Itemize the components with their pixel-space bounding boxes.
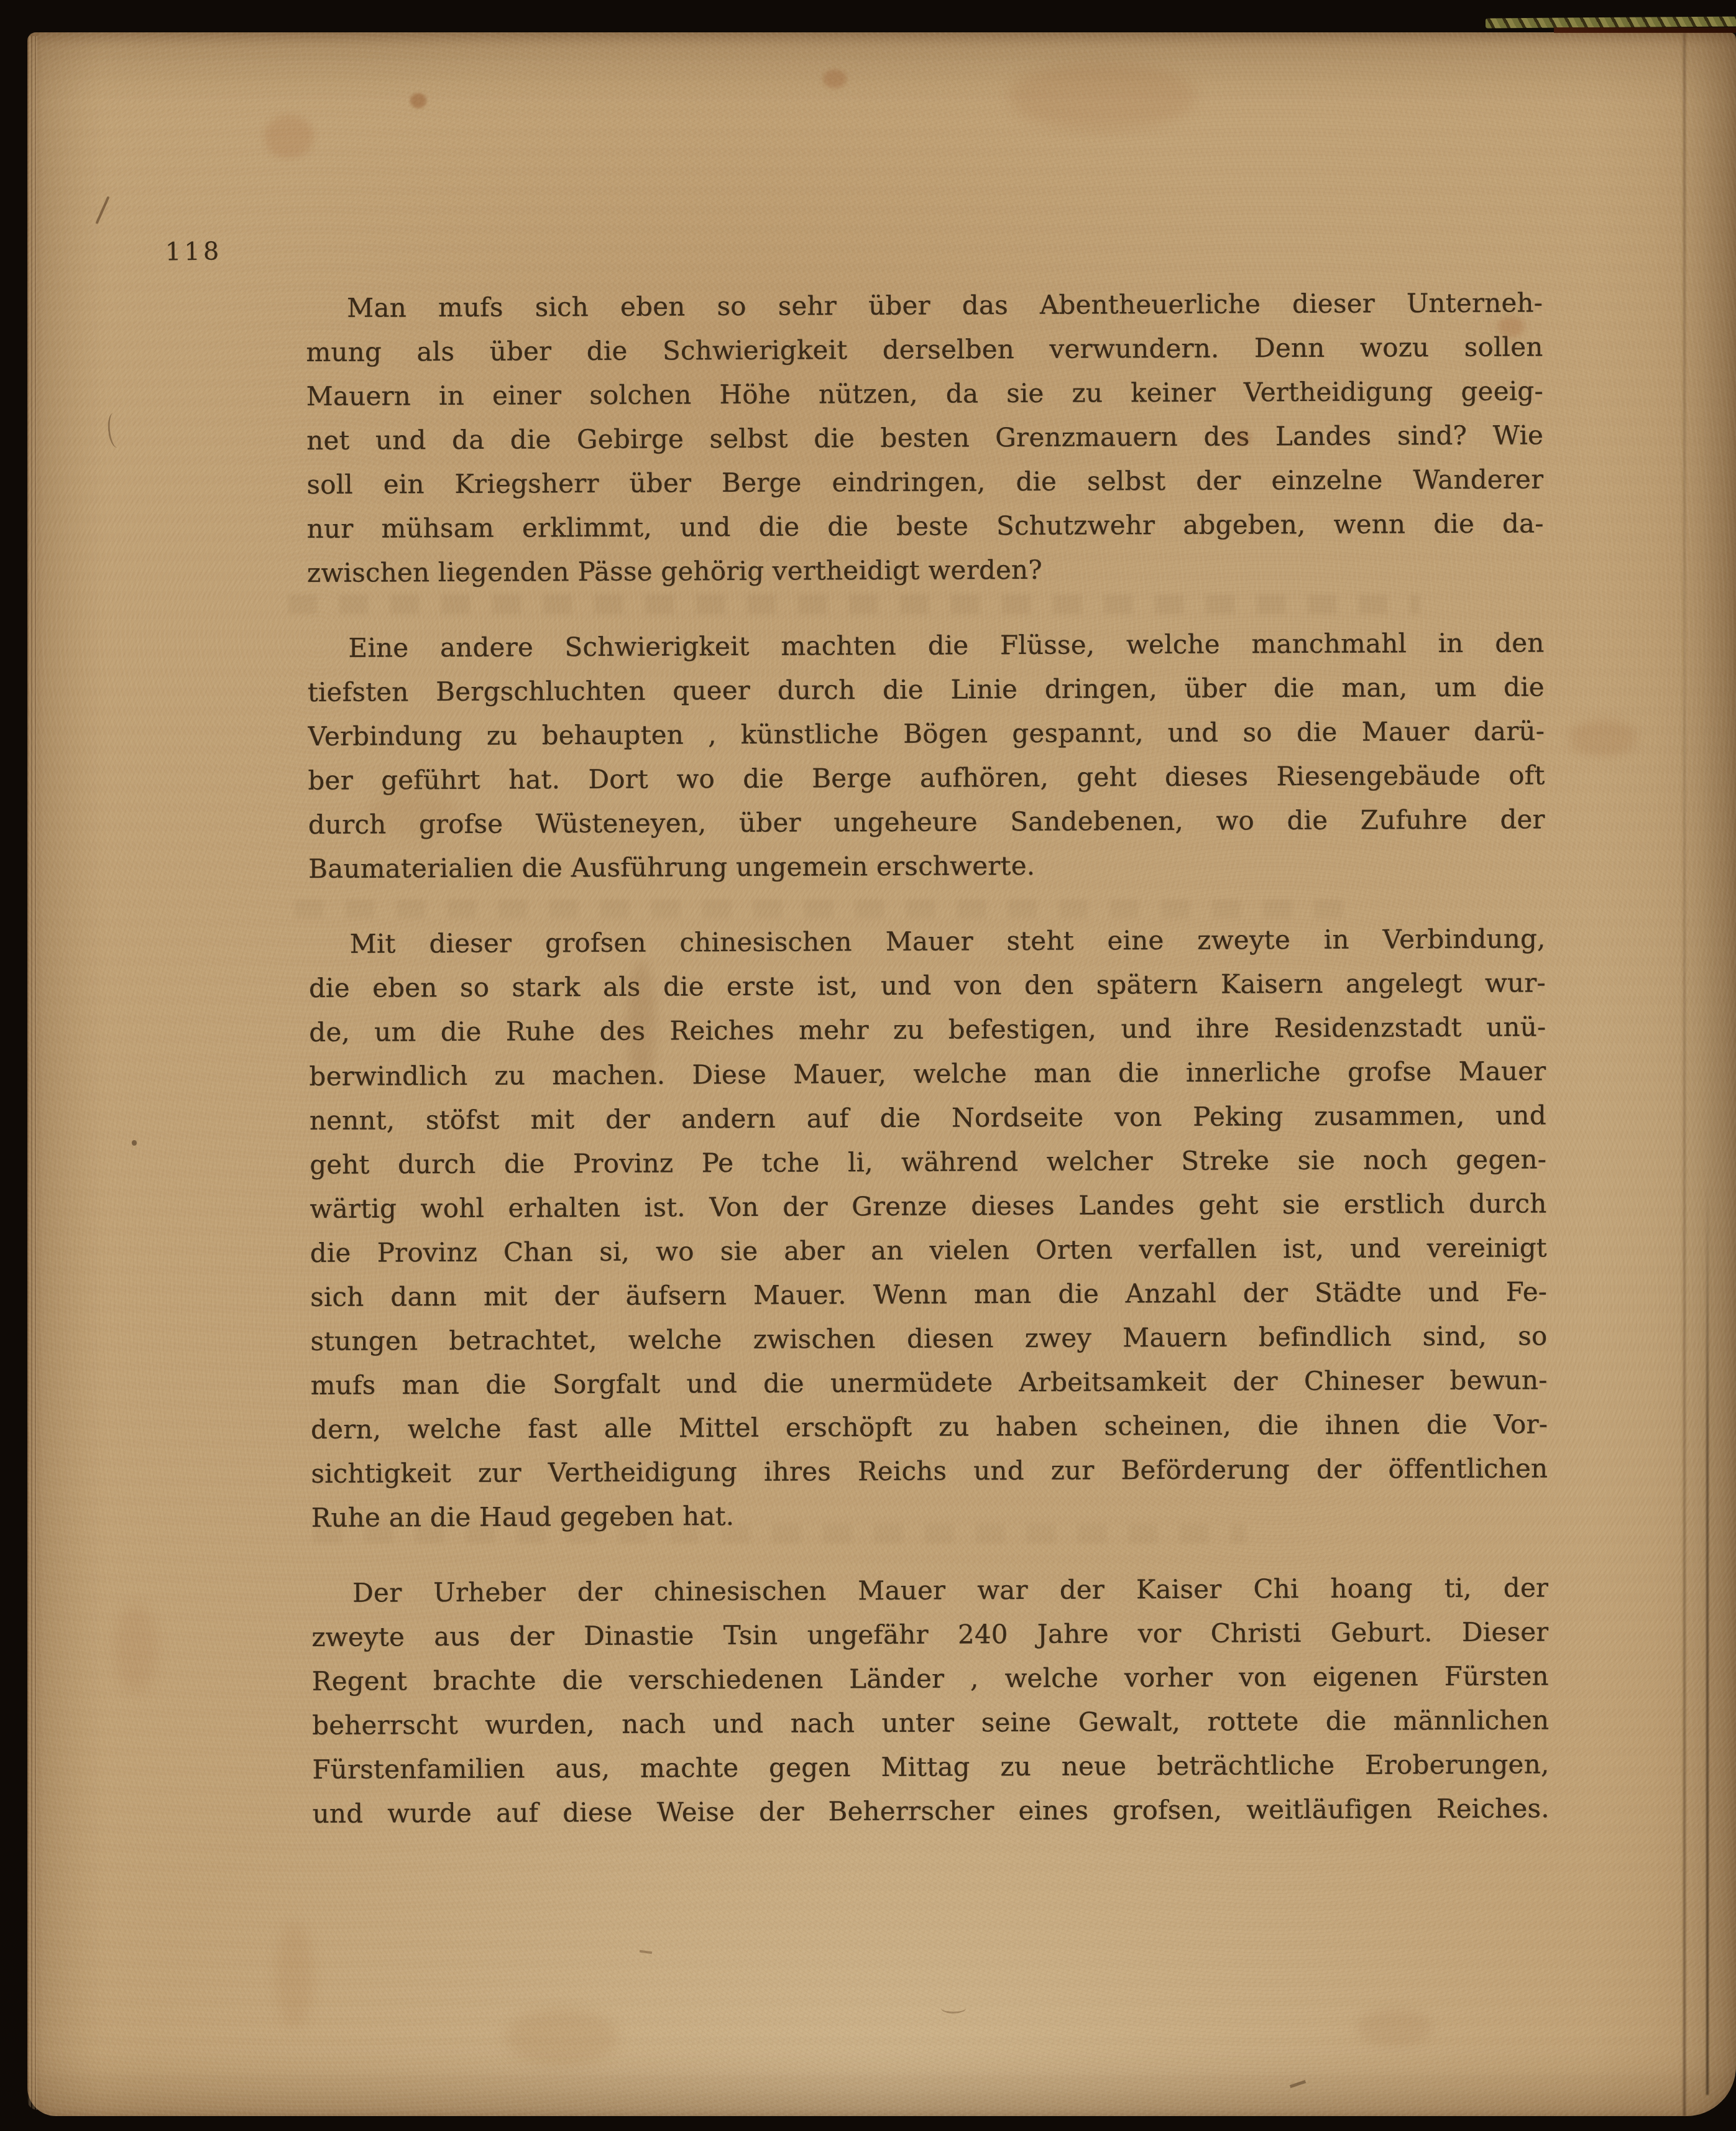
text-line: de, um die Ruhe des Reiches mehr zu befe… (309, 1005, 1546, 1054)
text-line: Regent brachte die verschiedenen Länder … (312, 1654, 1549, 1703)
margin-mark (941, 2003, 966, 2014)
stain (1357, 2009, 1432, 2046)
text-line: berwindlich zu machen. Diese Mauer, welc… (309, 1049, 1546, 1098)
text-line: die eben so stark als die erste ist, und… (309, 960, 1546, 1010)
text-line: nur mühsam erklimmt, und die die beste S… (307, 501, 1544, 551)
text-line: beherrscht wurden, nach und nach unter s… (312, 1698, 1549, 1747)
text-line: Man mufs sich eben so sehr über das Aben… (306, 280, 1543, 330)
text-line: Mit dieser grofsen chinesischen Mauer st… (308, 916, 1545, 966)
stain (114, 1605, 158, 1692)
page-edge-line (1706, 1179, 1709, 2096)
page-number: 118 (165, 237, 223, 267)
text-line: stungen betrachtet, welche zwischen dies… (310, 1314, 1547, 1363)
text-line: Verbindung zu behaupten , künstliche Bög… (308, 709, 1545, 758)
text-line: wärtig wohl erhalten ist. Von der Grenze… (310, 1181, 1546, 1231)
margin-mark (106, 412, 124, 448)
margin-mark (640, 1950, 652, 1954)
text-line: Ruhe an die Haud gegeben hat. (311, 1490, 1548, 1540)
book-page: 118 Man mufs sich eben so sehr über das … (27, 32, 1736, 2116)
paragraph: Man mufs sich eben so sehr über das Aben… (306, 280, 1544, 595)
text-line: dern, welche fast alle Mittel erschöpft … (311, 1402, 1548, 1452)
text-line: durch grofse Wüsteneyen, über ungeheure … (308, 797, 1545, 847)
paragraph: Mit dieser grofsen chinesischen Mauer st… (308, 916, 1548, 1540)
paragraph: Der Urheber der chinesischen Mauer war d… (311, 1565, 1550, 1836)
text-line: Fürstenfamilien aus, machte gegen Mittag… (312, 1742, 1549, 1792)
text-block: Man mufs sich eben so sehr über das Aben… (306, 280, 1550, 1836)
stain (1569, 719, 1637, 757)
text-line: die Provinz Chan si, wo sie aber an viel… (310, 1225, 1547, 1275)
page-edge-stack (27, 36, 37, 2110)
margin-mark (132, 1140, 137, 1146)
text-line: mung als über die Schwierigkeit derselbe… (306, 324, 1543, 374)
text-line: tiefsten Bergschluchten queer durch die … (308, 665, 1545, 714)
text-line: Baumaterialien die Ausführung ungemein e… (308, 841, 1545, 891)
text-line: Eine andere Schwierigkeit machten die Fl… (307, 620, 1544, 670)
stain (410, 93, 426, 108)
text-line: soll ein Kriegsherr über Berge eindringe… (306, 457, 1543, 507)
stain (264, 115, 314, 159)
text-line: net und da die Gebirge selbst die besten… (306, 413, 1543, 463)
text-line: zwischen liegenden Pässe gehörig verthei… (307, 545, 1544, 595)
text-line: Der Urheber der chinesischen Mauer war d… (311, 1565, 1548, 1615)
stain (1009, 62, 1196, 131)
text-line: nennt, stöfst mit der andern auf die Nor… (310, 1093, 1546, 1143)
text-line: und wurde auf diese Weise der Beherrsche… (313, 1786, 1550, 1836)
text-line: geht durch die Provinz Pe tche li, währe… (310, 1137, 1546, 1187)
stain (823, 70, 847, 88)
text-line: sich dann mit der äufsern Mauer. Wenn ma… (310, 1269, 1547, 1319)
text-line: sichtigkeit zur Vertheidigung ihres Reic… (311, 1446, 1548, 1496)
paragraph: Eine andere Schwierigkeit machten die Fl… (307, 620, 1545, 891)
stain (506, 2009, 618, 2065)
text-line: Mauern in einer solchen Höhe nützen, da … (306, 369, 1543, 418)
binding-edge (1554, 27, 1736, 33)
margin-mark (1290, 2080, 1306, 2088)
stain (276, 1922, 313, 2028)
text-line: zweyte aus der Dinastie Tsin ungefähr 24… (311, 1609, 1548, 1659)
text-line: ber geführt hat. Dort wo die Berge aufhö… (308, 753, 1545, 803)
headband-stitching (1486, 17, 1736, 29)
margin-mark (95, 196, 109, 224)
text-line: mufs man die Sorgfalt und die unermüdete… (311, 1358, 1548, 1407)
binding-crease (1683, 32, 1686, 2116)
